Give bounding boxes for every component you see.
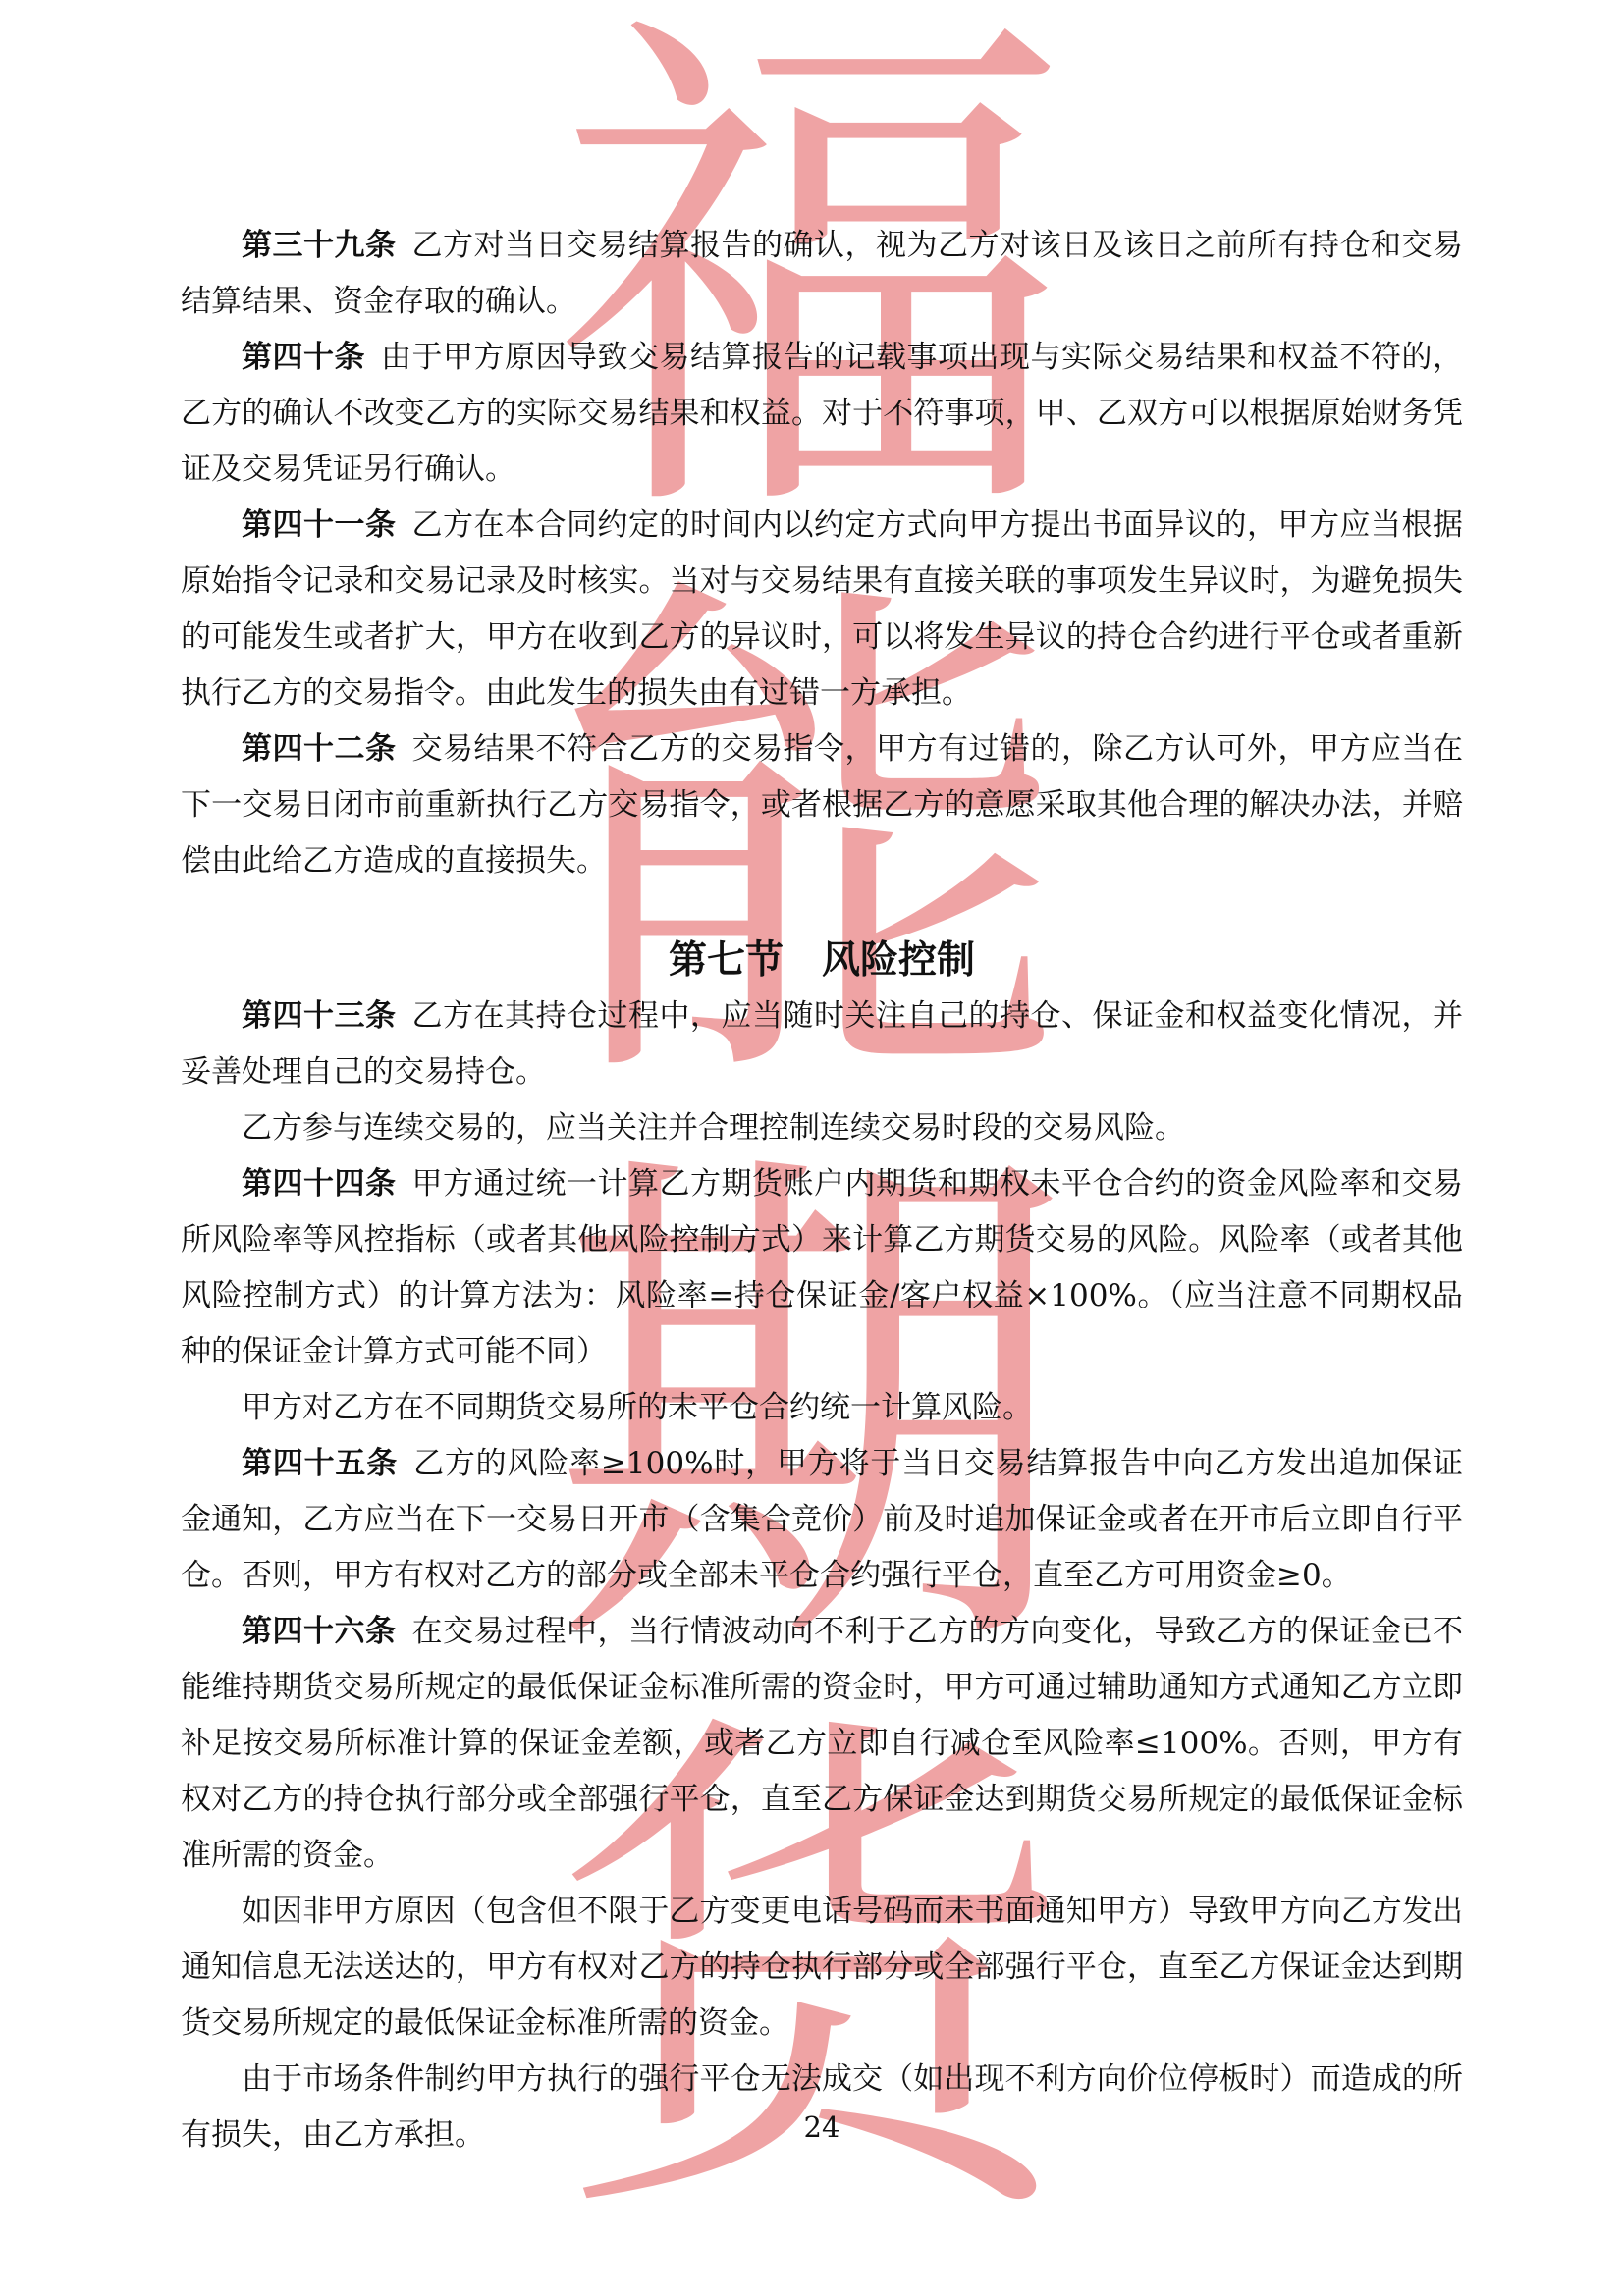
- article-46-continuation-1-text: 如因非甲方原因（包含但不限于乙方变更电话号码而未书面通知甲方）导致甲方向乙方发出…: [181, 1894, 1463, 2041]
- article-44-continuation-text: 甲方对乙方在不同期货交易所的未平仓合约统一计算风险。: [242, 1390, 1033, 1425]
- article-42-label: 第四十二条: [242, 731, 397, 767]
- article-45: 第四十五条乙方的风险率≥100%时，甲方将于当日交易结算报告中向乙方发出追加保证…: [181, 1436, 1463, 1604]
- article-46-continuation-2: 由于市场条件制约甲方执行的强行平仓无法成交（如出现不利方向价位停板时）而造成的所…: [181, 2052, 1463, 2163]
- article-43: 第四十三条乙方在其持仓过程中，应当随时关注自己的持仓、保证金和权益变化情况，并妥…: [181, 988, 1463, 1100]
- contract-document-page: 福 能 期 货 第三十九条乙方对当日交易结算报告的确认，视为乙方对该日及该日之前…: [0, 0, 1624, 2296]
- article-46-text: 在交易过程中，当行情波动向不利于乙方的方向变化，导致乙方的保证金已不能维持期货交…: [181, 1614, 1463, 1873]
- article-40-label: 第四十条: [242, 340, 365, 375]
- article-43-label: 第四十三条: [242, 998, 397, 1034]
- article-45-label: 第四十五条: [242, 1446, 398, 1481]
- article-43-continuation: 乙方参与连续交易的，应当关注并合理控制连续交易时段的交易风险。: [181, 1100, 1463, 1156]
- article-42: 第四十二条交易结果不符合乙方的交易指令，甲方有过错的，除乙方认可外，甲方应当在下…: [181, 721, 1463, 889]
- article-40-text: 由于甲方原因导致交易结算报告的记载事项出现与实际交易结果和权益不符的，乙方的确认…: [181, 340, 1463, 487]
- page-number: 24: [181, 2110, 1463, 2144]
- article-44-label: 第四十四条: [242, 1166, 397, 1201]
- article-46-continuation-1: 如因非甲方原因（包含但不限于乙方变更电话号码而未书面通知甲方）导致甲方向乙方发出…: [181, 1884, 1463, 2052]
- section-7-heading: 第七节 风险控制: [181, 933, 1463, 988]
- article-41-label: 第四十一条: [242, 507, 397, 543]
- article-39-label: 第三十九条: [242, 228, 397, 263]
- article-44-continuation: 甲方对乙方在不同期货交易所的未平仓合约统一计算风险。: [181, 1380, 1463, 1436]
- article-39: 第三十九条乙方对当日交易结算报告的确认，视为乙方对该日及该日之前所有持仓和交易结…: [181, 218, 1463, 330]
- article-41: 第四十一条乙方在本合同约定的时间内以约定方式向甲方提出书面异议的，甲方应当根据原…: [181, 498, 1463, 721]
- article-46: 第四十六条在交易过程中，当行情波动向不利于乙方的方向变化，导致乙方的保证金已不能…: [181, 1604, 1463, 1884]
- article-43-continuation-text: 乙方参与连续交易的，应当关注并合理控制连续交易时段的交易风险。: [242, 1110, 1185, 1146]
- article-44: 第四十四条甲方通过统一计算乙方期货账户内期货和期权未平仓合约的资金风险率和交易所…: [181, 1156, 1463, 1380]
- article-40: 第四十条由于甲方原因导致交易结算报告的记载事项出现与实际交易结果和权益不符的，乙…: [181, 330, 1463, 498]
- article-46-label: 第四十六条: [242, 1614, 397, 1649]
- contract-text-column: 第三十九条乙方对当日交易结算报告的确认，视为乙方对该日及该日之前所有持仓和交易结…: [181, 218, 1463, 2163]
